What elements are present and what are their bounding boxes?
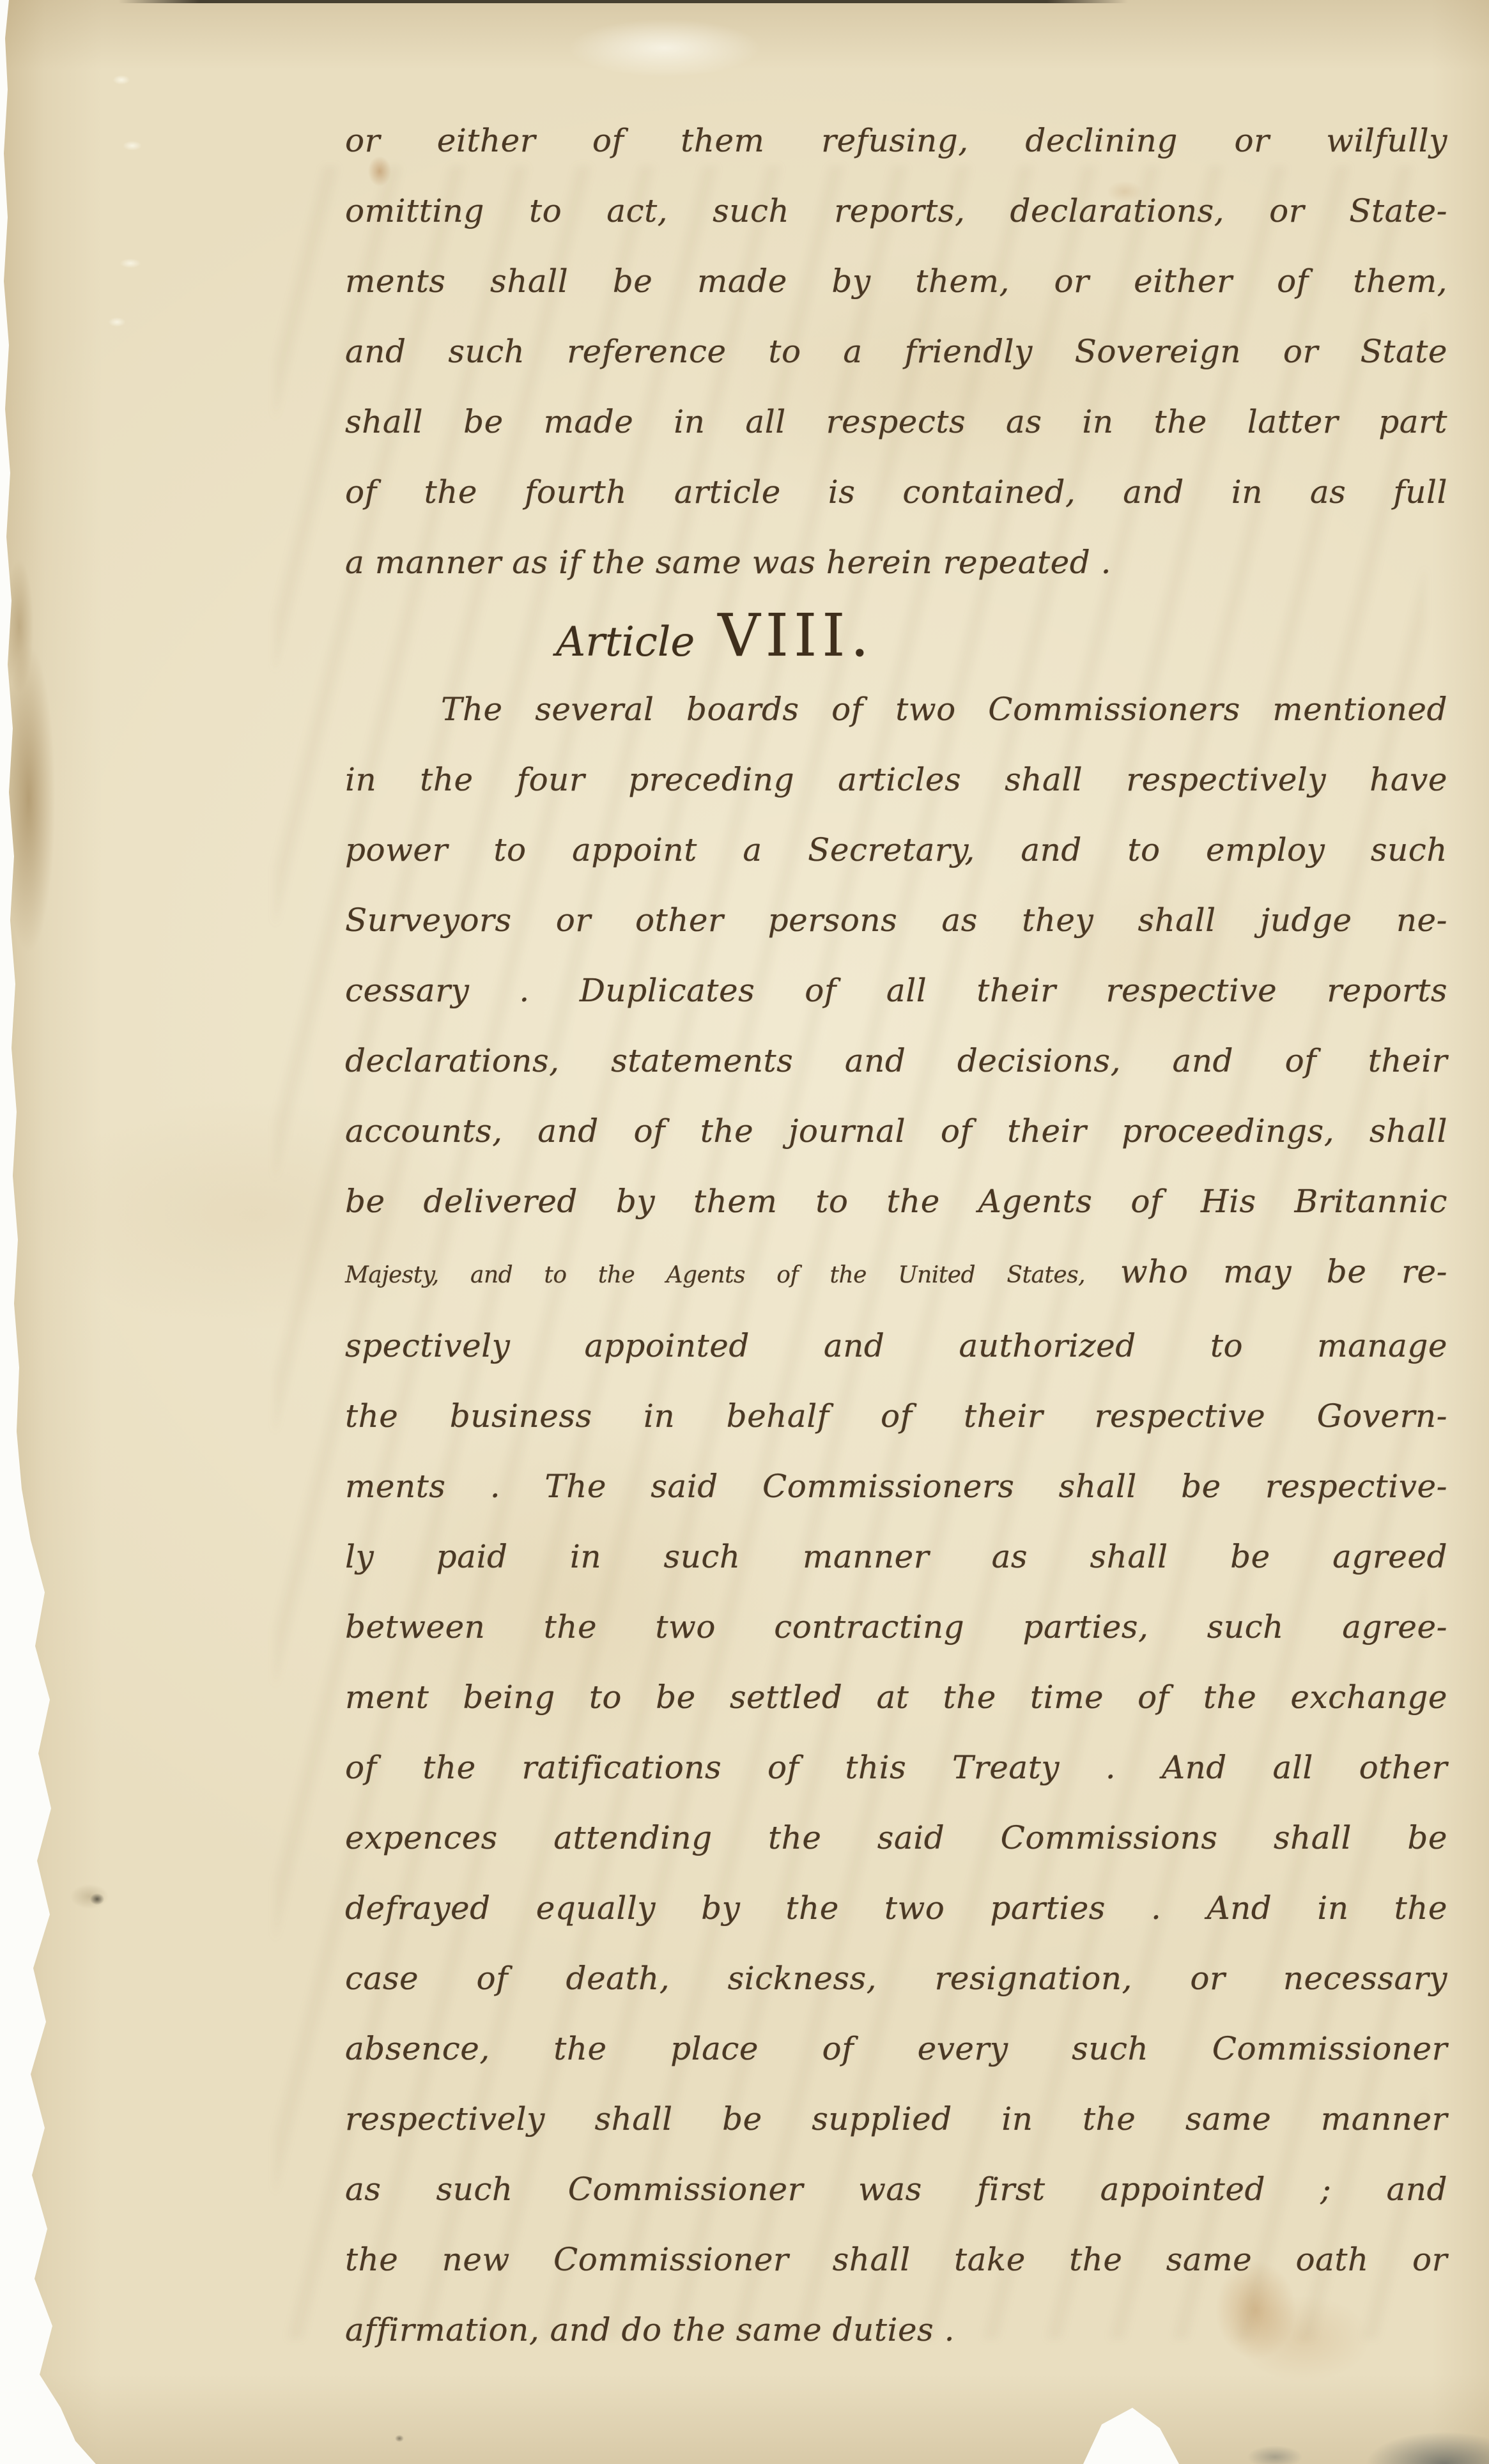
manuscript-line: ments . The said Commissioners shall be … [345, 1451, 1447, 1521]
manuscript-line: ment being to be settled at the time of … [345, 1662, 1447, 1732]
manuscript-text-block: or either of them refusing, declining or… [345, 105, 1447, 2365]
article-heading: Article VIII. [345, 597, 1447, 674]
manuscript-line: shall be made in all respects as in the … [345, 387, 1447, 457]
manuscript-line: in the four preceding articles shall res… [345, 744, 1447, 815]
interlined-correction-text: Majesty, and to the Agents of the United… [345, 1262, 1085, 1288]
manuscript-line: and such reference to a friendly Soverei… [345, 316, 1447, 387]
line-rest-text: who may be re- [1085, 1253, 1447, 1290]
manuscript-line: declarations, statements and decisions, … [345, 1026, 1447, 1096]
manuscript-line: case of death, sickness, resignation, or… [345, 1943, 1447, 2014]
manuscript-line: the business in behalf of their respecti… [345, 1381, 1447, 1451]
manuscript-line: as such Commissioner was first appointed… [345, 2154, 1447, 2224]
manuscript-line: a manner as if the same was herein repea… [345, 527, 1447, 597]
manuscript-line: expences attending the said Commissions … [345, 1803, 1447, 1873]
manuscript-line: absence, the place of every such Commiss… [345, 2014, 1447, 2084]
manuscript-line: the new Commissioner shall take the same… [345, 2224, 1447, 2295]
article-heading-word: Article [556, 604, 695, 681]
manuscript-line: omitting to act, such reports, declarati… [345, 176, 1447, 246]
manuscript-line: accounts, and of the journal of their pr… [345, 1096, 1447, 1166]
manuscript-line: affirmation, and do the same duties . [345, 2295, 1447, 2365]
manuscript-line: defrayed equally by the two parties . An… [345, 1873, 1447, 1943]
scan-edge-line [118, 0, 1128, 3]
manuscript-line: be delivered by them to the Agents of Hi… [345, 1166, 1447, 1236]
scanned-manuscript-page: or either of them refusing, declining or… [0, 0, 1489, 2464]
manuscript-line: respectively shall be supplied in the sa… [345, 2084, 1447, 2154]
manuscript-line: ments shall be made by them, or either o… [345, 246, 1447, 316]
manuscript-line-with-correction: Majesty, and to the Agents of the United… [345, 1236, 1447, 1311]
manuscript-line: of the fourth article is contained, and … [345, 457, 1447, 527]
manuscript-line: The several boards of two Commissioners … [345, 674, 1447, 744]
manuscript-line: of the ratifications of this Treaty . An… [345, 1732, 1447, 1803]
article-heading-numeral: VIII. [718, 597, 874, 674]
manuscript-line: Surveyors or other persons as they shall… [345, 885, 1447, 955]
manuscript-line: power to appoint a Secretary, and to emp… [345, 815, 1447, 885]
manuscript-line: or either of them refusing, declining or… [345, 105, 1447, 176]
manuscript-line: between the two contracting parties, suc… [345, 1592, 1447, 1662]
manuscript-line: cessary . Duplicates of all their respec… [345, 955, 1447, 1026]
manuscript-line: spectively appointed and authorized to m… [345, 1311, 1447, 1381]
manuscript-line: ly paid in such manner as shall be agree… [345, 1521, 1447, 1592]
